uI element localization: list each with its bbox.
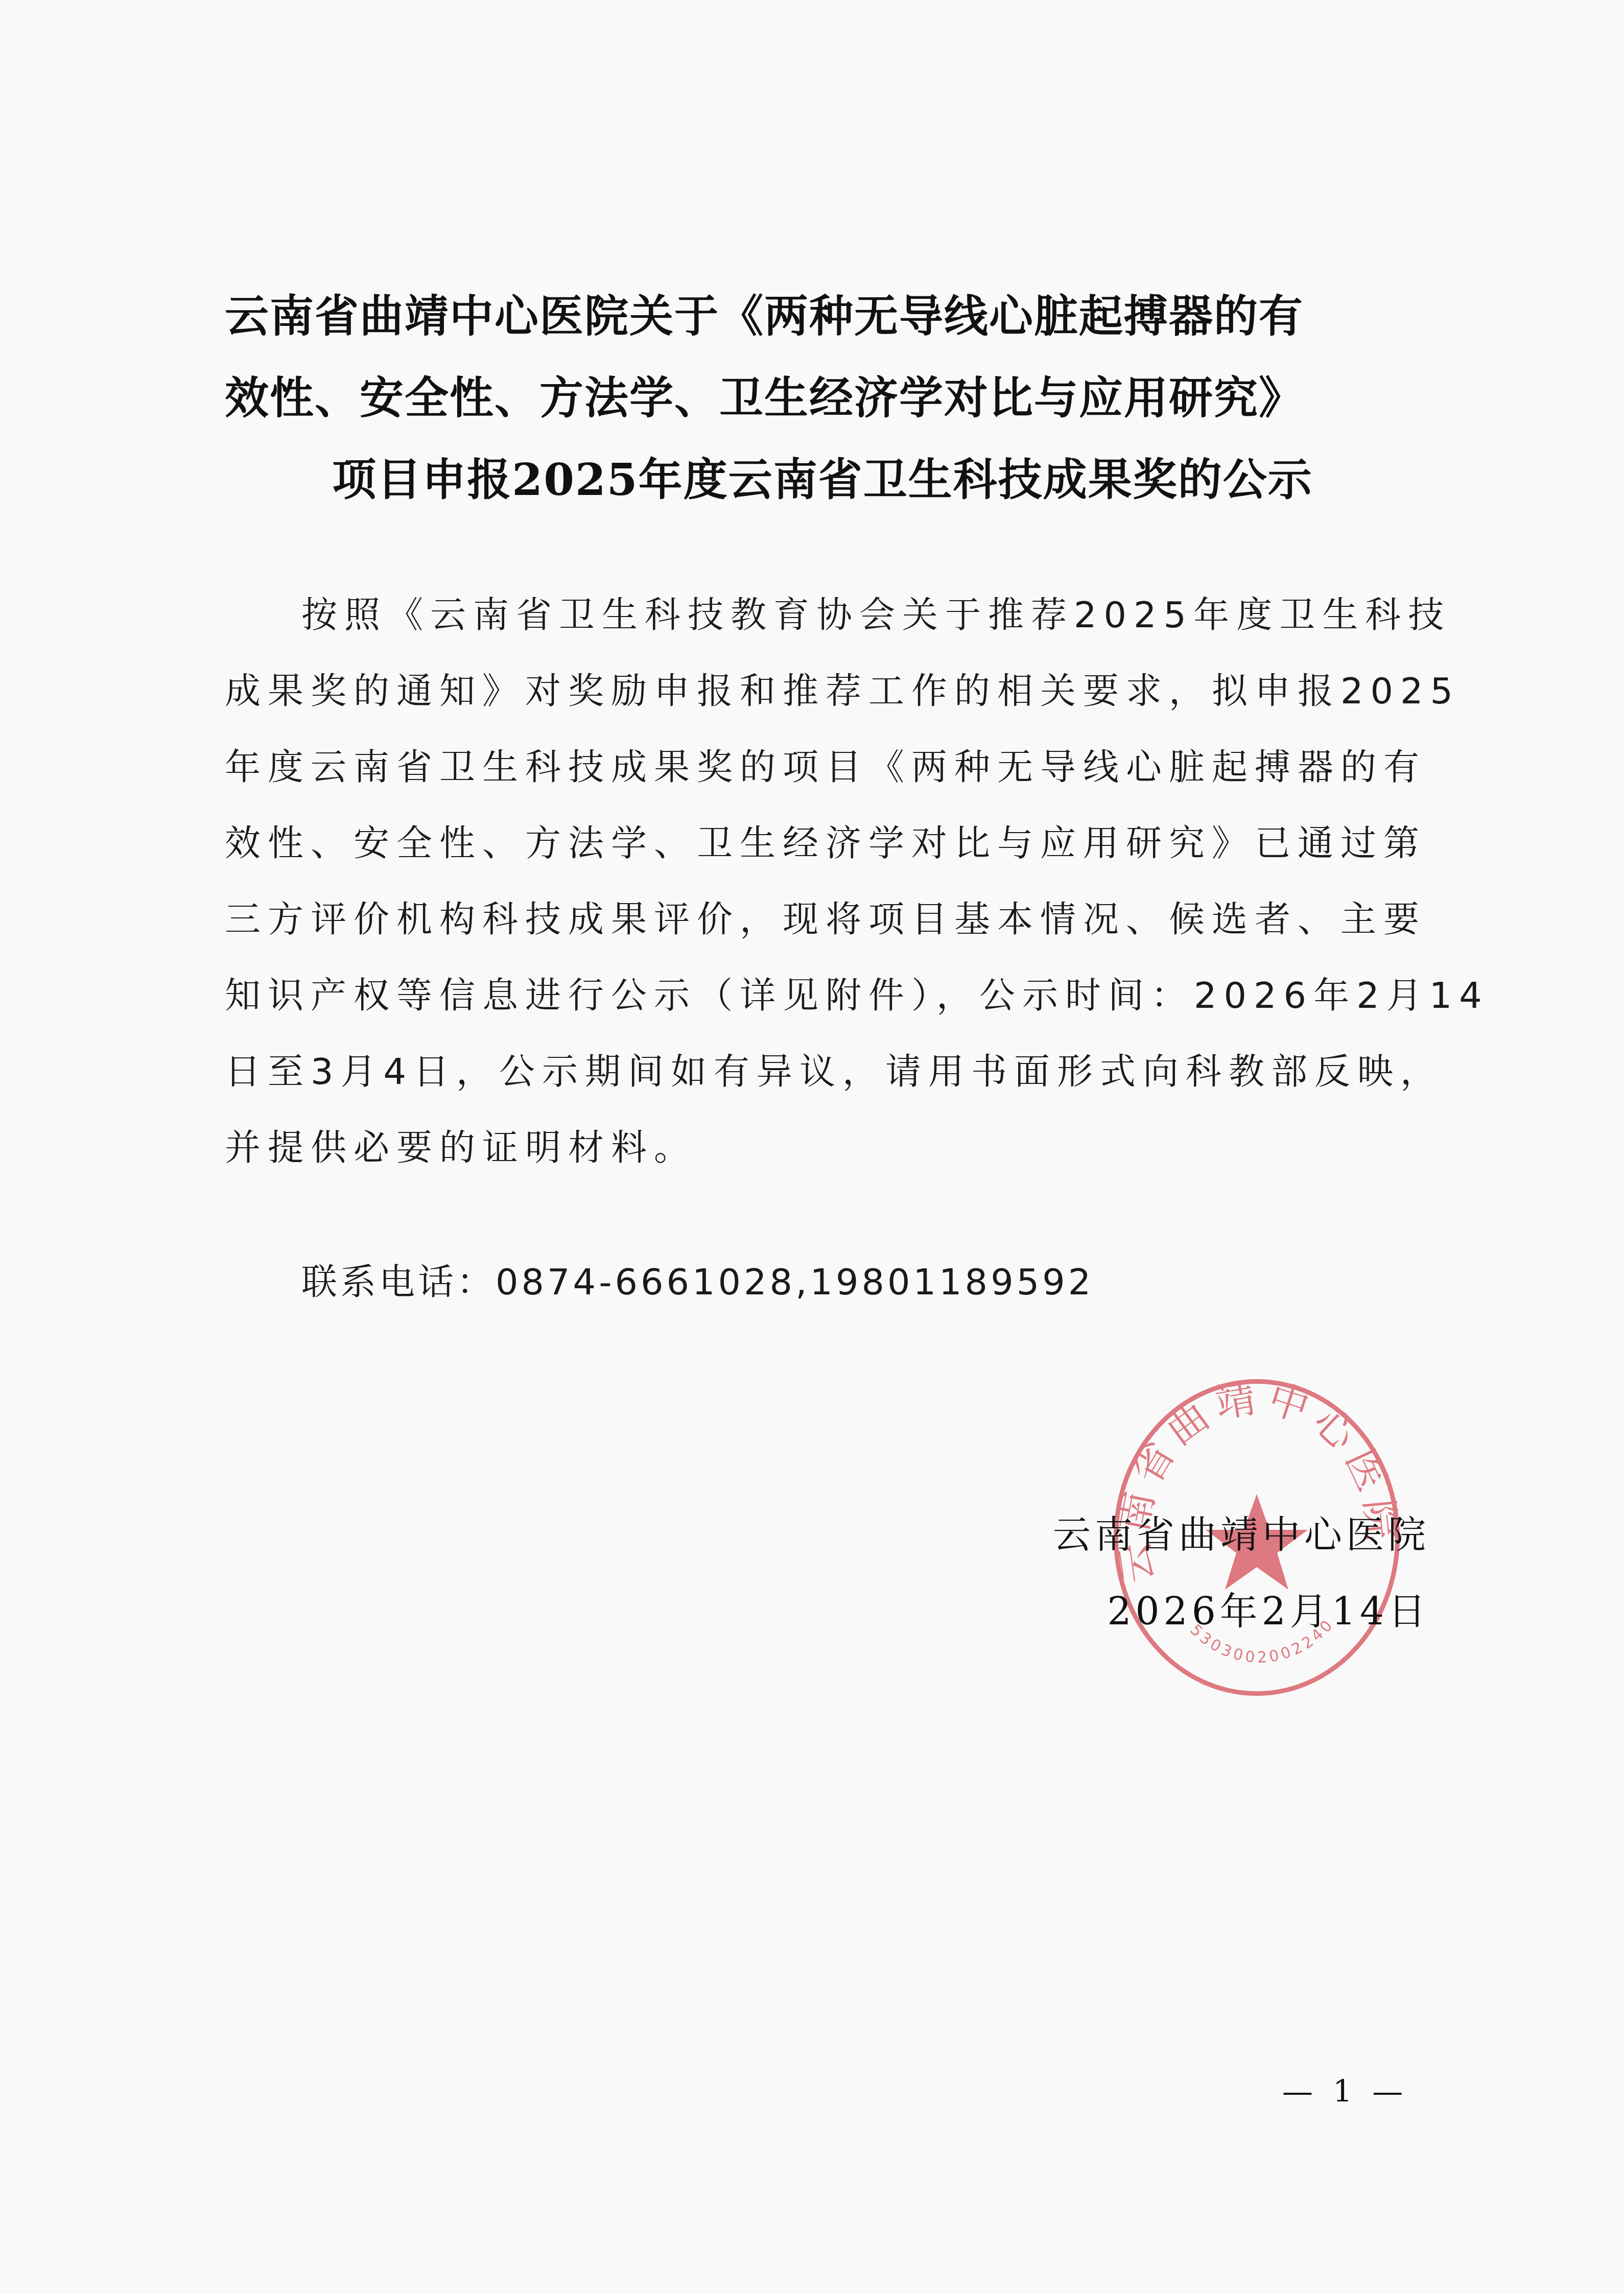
title-line-2: 效性、安全性、方法学、卫生经济学对比与应用研究》 (225, 358, 1420, 439)
body-line-8: 并提供必要的证明材料。 (225, 1110, 1441, 1186)
body-line-4: 效性、安全性、方法学、卫生经济学对比与应用研究》已通过第 (225, 806, 1441, 882)
signature-block: 云南省曲靖中心医院 2026年2月14日 (1053, 1497, 1430, 1650)
document-page: 云南省曲靖中心医院关于《两种无导线心脏起搏器的有 效性、安全性、方法学、卫生经济… (0, 0, 1624, 2294)
title-line-1: 云南省曲靖中心医院关于《两种无导线心脏起搏器的有 (225, 276, 1420, 358)
signature-date: 2026年2月14日 (1053, 1573, 1430, 1650)
contact-phone: 联系电话：0874-6661028,19801189592 (301, 1254, 1094, 1310)
signature-organization: 云南省曲靖中心医院 (1053, 1497, 1430, 1573)
page-number: — 1 — (1282, 2074, 1408, 2110)
body-line-5: 三方评价机构科技成果评价，现将项目基本情况、候选者、主要 (225, 882, 1441, 958)
body-line-7: 日至3月4日，公示期间如有异议，请用书面形式向科教部反映， (225, 1034, 1441, 1110)
announcement-body: 按照《云南省卫生科技教育协会关于推荐2025年度卫生科技 成果奖的通知》对奖励申… (225, 577, 1441, 1186)
body-line-2: 成果奖的通知》对奖励申报和推荐工作的相关要求，拟申报2025 (225, 653, 1441, 729)
body-line-1: 按照《云南省卫生科技教育协会关于推荐2025年度卫生科技 (225, 577, 1441, 653)
body-line-3: 年度云南省卫生科技成果奖的项目《两种无导线心脏起搏器的有 (225, 729, 1441, 806)
body-line-6: 知识产权等信息进行公示（详见附件），公示时间：2026年2月14 (225, 958, 1441, 1034)
document-title: 云南省曲靖中心医院关于《两种无导线心脏起搏器的有 效性、安全性、方法学、卫生经济… (225, 276, 1420, 521)
title-line-3: 项目申报2025年度云南省卫生科技成果奖的公示 (225, 439, 1420, 521)
